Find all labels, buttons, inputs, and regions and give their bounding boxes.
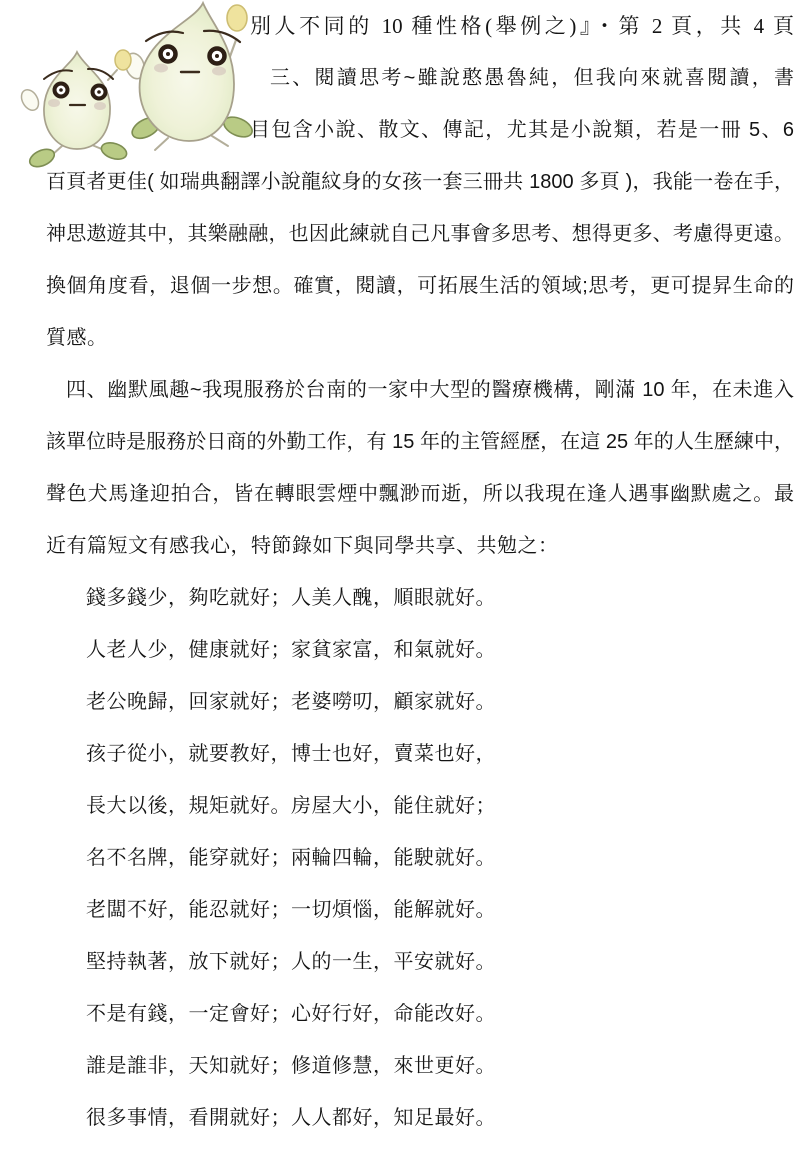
proverb-line-7: 老闆不好，能忍就好；一切煩惱，能解就好。 <box>46 884 794 936</box>
document-body: 別人不同的 10 種性格(舉例之)』・第 2 頁，共 4 頁 三、閱讀思考~雖說… <box>0 0 800 1144</box>
body-line-reading-6: 質感。 <box>46 312 794 364</box>
proverb-line-6: 名不名牌，能穿就好；兩輪四輪，能駛就好。 <box>46 832 794 884</box>
body-line-humor-4: 近有篇短文有感我心，特節錄如下與同學共享、共勉之： <box>46 520 794 572</box>
proverb-line-1: 錢多錢少，夠吃就好；人美人醜，順眼就好。 <box>46 572 794 624</box>
body-line-reading-4: 神思遨遊其中，其樂融融，也因此練就自己凡事會多思考、想得更多、考慮得更遠。 <box>46 208 794 260</box>
body-line-humor-2: 該單位時是服務於日商的外勤工作，有 15 年的主管經歷，在這 25 年的人生歷練… <box>46 416 794 468</box>
document-page: 別人不同的 10 種性格(舉例之)』・第 2 頁，共 4 頁 三、閱讀思考~雖說… <box>0 0 800 1160</box>
proverb-line-4: 孩子從小，就要教好，博士也好，賣菜也好， <box>46 728 794 780</box>
body-line-humor-3: 聲色犬馬逢迎拍合，皆在轉眼雲煙中飄渺而逝，所以我現在逢人遇事幽默處之。最 <box>46 468 794 520</box>
large-sprout-character <box>122 3 255 150</box>
proverb-line-3: 老公晚歸，回家就好；老婆嘮叨，顧家就好。 <box>46 676 794 728</box>
body-line-humor-1: 四、幽默風趣~我現服務於台南的一家中大型的醫療機構，剛滿 10 年，在未進入 <box>46 364 794 416</box>
proverb-line-9: 不是有錢，一定會好；心好行好，命能改好。 <box>46 988 794 1040</box>
proverb-line-10: 誰是誰非，天知就好；修道修慧，來世更好。 <box>46 1040 794 1092</box>
proverb-line-5: 長大以後，規矩就好。房屋大小，能住就好； <box>46 780 794 832</box>
proverb-line-8: 堅持執著，放下就好；人的一生，平安就好。 <box>46 936 794 988</box>
proverb-line-11: 很多事情，看開就好；人人都好，知足最好。 <box>46 1092 794 1144</box>
small-sprout-character <box>18 50 131 170</box>
sprout-characters-illustration <box>0 0 250 156</box>
body-line-reading-5: 換個角度看，退個一步想。確實，閱讀，可拓展生活的領域;思考，更可提昇生命的 <box>46 260 794 312</box>
proverb-line-2: 人老人少，健康就好；家貧家富，和氣就好。 <box>46 624 794 676</box>
sprout-characters-drawing <box>0 0 250 175</box>
